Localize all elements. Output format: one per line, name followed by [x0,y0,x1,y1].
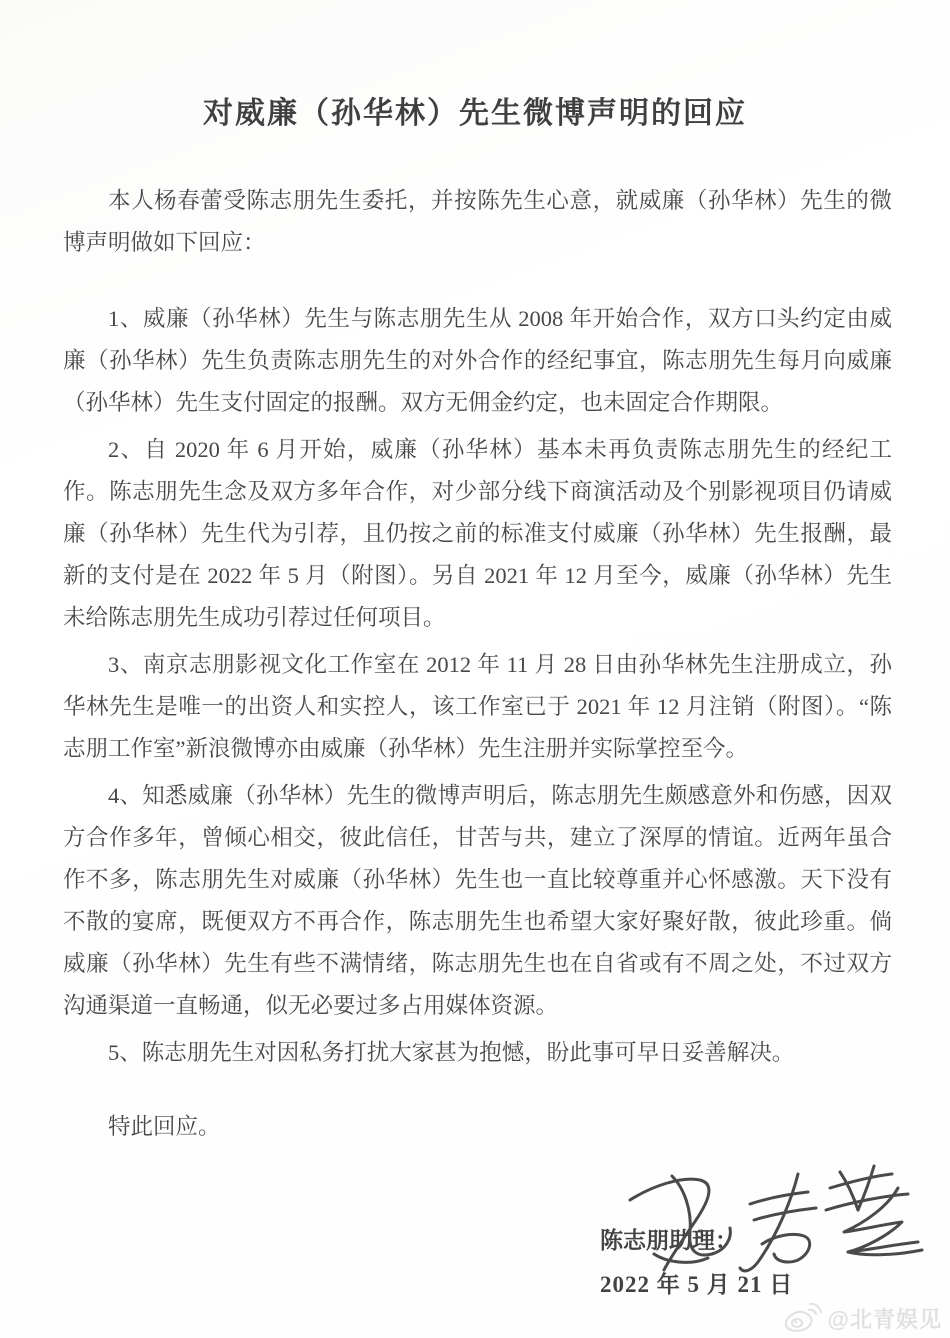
statement-item-4: 4、知悉威廉（孙华林）先生的微博声明后，陈志朋先生颇感意外和伤感，因双方合作多年… [63,775,892,1027]
weibo-watermark: @北青娱见 [782,1302,942,1334]
closing-line: 特此回应。 [63,1106,892,1148]
statement-item-1: 1、威廉（孙华林）先生与陈志朋先生从 2008 年开始合作，双方口头约定由威廉（… [63,298,892,424]
statement-body: 本人杨春蕾受陈志朋先生委托，并按陈先生心意，就威廉（孙华林）先生的微博声明做如下… [63,180,892,1148]
watermark-handle: @北青娱见 [828,1303,942,1334]
weibo-icon [782,1302,822,1334]
scanned-statement-page: 对威廉（孙华林）先生微博声明的回应 本人杨春蕾受陈志朋先生委托，并按陈先生心意，… [0,0,950,1338]
statement-item-2: 2、自 2020 年 6 月开始，威廉（孙华林）基本未再负责陈志朋先生的经纪工作… [63,429,892,639]
page-title: 对威廉（孙华林）先生微博声明的回应 [0,0,950,132]
statement-item-5: 5、陈志朋先生对因私务打扰大家甚为抱憾，盼此事可早日妥善解决。 [63,1032,892,1074]
intro-paragraph: 本人杨春蕾受陈志朋先生委托，并按陈先生心意，就威廉（孙华林）先生的微博声明做如下… [63,180,892,264]
statement-item-3: 3、南京志朋影视文化工作室在 2012 年 11 月 28 日由孙华林先生注册成… [63,644,892,770]
statement-date: 2022 年 5 月 21 日 [600,1266,793,1299]
